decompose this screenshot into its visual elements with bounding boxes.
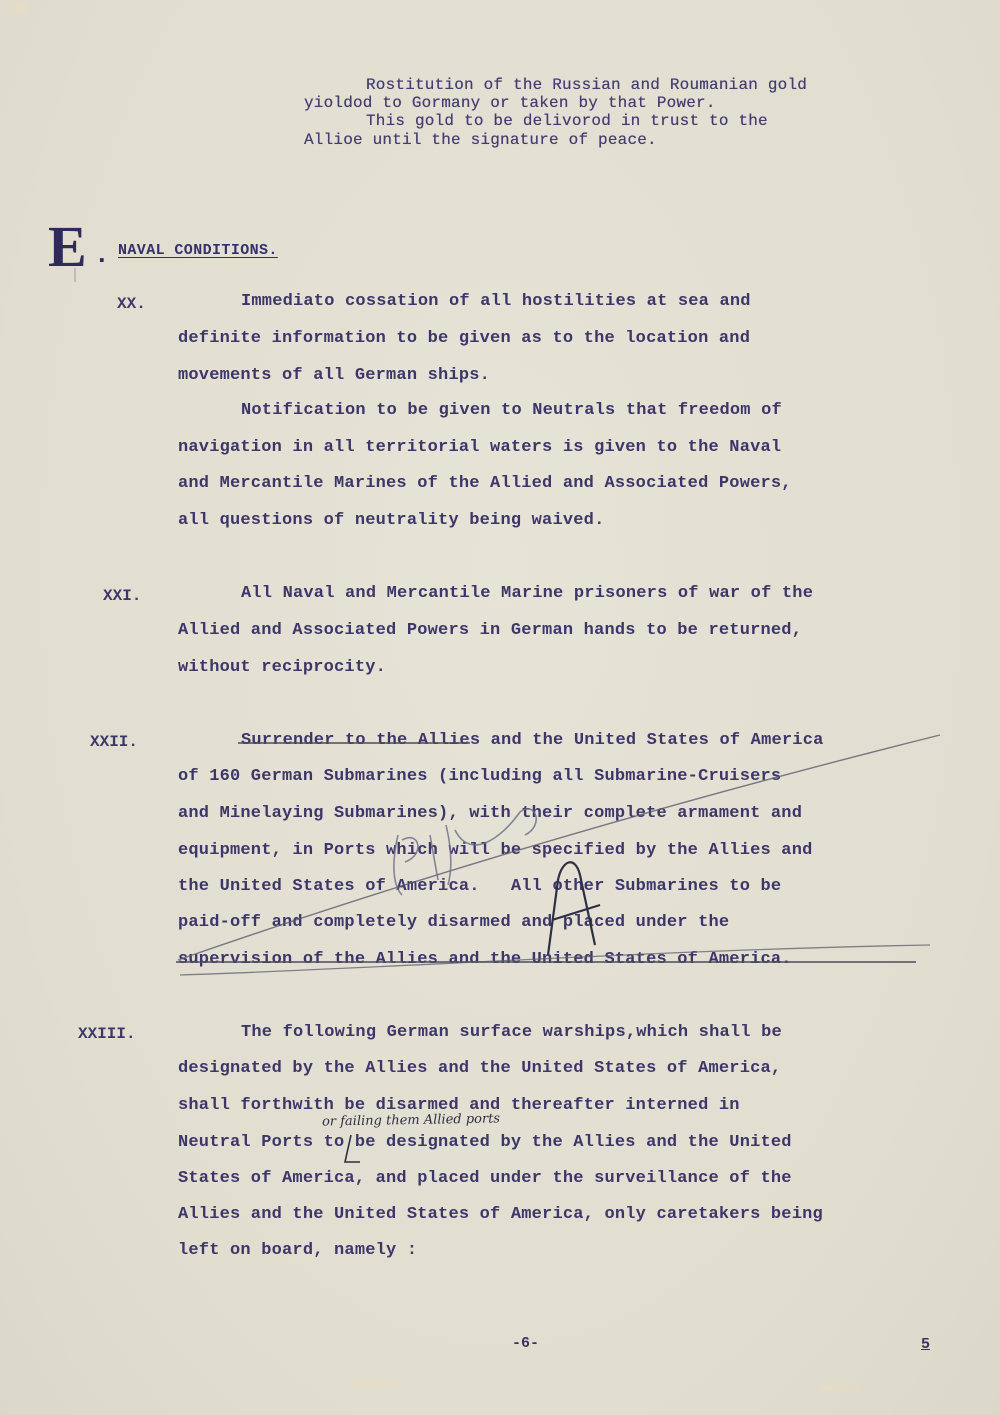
article-line: and Mercantile Marines of the Allied and…	[178, 475, 792, 492]
article-line: paid-off and completely disarmed and pla…	[178, 914, 729, 931]
paper-stain	[820, 1385, 860, 1391]
article-line: the United States of America. All other …	[178, 878, 781, 895]
intro-line: Rostitution of the Russian and Roumanian…	[366, 77, 807, 93]
article-line: Immediato cossation of all hostilities a…	[241, 293, 751, 310]
article-line: navigation in all territorial waters is …	[178, 439, 781, 456]
article-line: and Minelaying Submarines), with their c…	[178, 805, 802, 822]
article-line: equipment, in Ports which will be specif…	[178, 842, 813, 859]
article-line: designated by the Allies and the United …	[178, 1060, 781, 1077]
article-line: without reciprocity.	[178, 659, 386, 676]
document-page: Rostitution of the Russian and Roumanian…	[0, 0, 1000, 1415]
page-number: -6-	[512, 1335, 539, 1352]
article-number: XXII.	[90, 733, 138, 751]
article-line: definite information to be given as to t…	[178, 330, 750, 347]
paper-stain	[12, 2, 28, 14]
article-line: left on board, namely :	[178, 1242, 417, 1259]
strikethrough-mark	[176, 961, 916, 963]
article-line: Surrender to the Allies and the United S…	[241, 732, 824, 749]
article-line: Neutral Ports to be designated by the Al…	[178, 1134, 792, 1151]
section-title: NAVAL CONDITIONS.	[118, 242, 278, 259]
article-line: all questions of neutrality being waived…	[178, 512, 604, 529]
folio-number: 5	[921, 1336, 930, 1353]
intro-line: yioldod to Gormany or taken by that Powe…	[304, 95, 716, 111]
paper-stain	[350, 1380, 400, 1386]
article-number: XXIII.	[78, 1025, 136, 1043]
article-line: supervision of the Allies and the United…	[178, 951, 792, 968]
strikethrough-mark	[238, 742, 470, 744]
article-number: XXI.	[103, 587, 141, 605]
article-line: Allied and Associated Powers in German h…	[178, 622, 802, 639]
article-line: Notification to be given to Neutrals tha…	[241, 402, 782, 419]
handwritten-insertion: or failing them Allied ports	[322, 1111, 500, 1129]
article-line: Allies and the United States of America,…	[178, 1206, 823, 1223]
pen-annotations	[0, 0, 1000, 1415]
intro-line: This gold to be delivorod in trust to th…	[366, 113, 768, 129]
article-line: The following German surface warships,wh…	[241, 1024, 782, 1041]
section-letter: E	[48, 218, 87, 276]
article-line: States of America, and placed under the …	[178, 1170, 792, 1187]
article-number: XX.	[117, 295, 146, 313]
section-dot: .	[94, 240, 110, 270]
intro-line: Allioe until the signature of peace.	[304, 132, 657, 148]
article-line: of 160 German Submarines (including all …	[178, 768, 781, 785]
article-line: All Naval and Mercantile Marine prisoner…	[241, 585, 813, 602]
article-line: movements of all German ships.	[178, 367, 490, 384]
